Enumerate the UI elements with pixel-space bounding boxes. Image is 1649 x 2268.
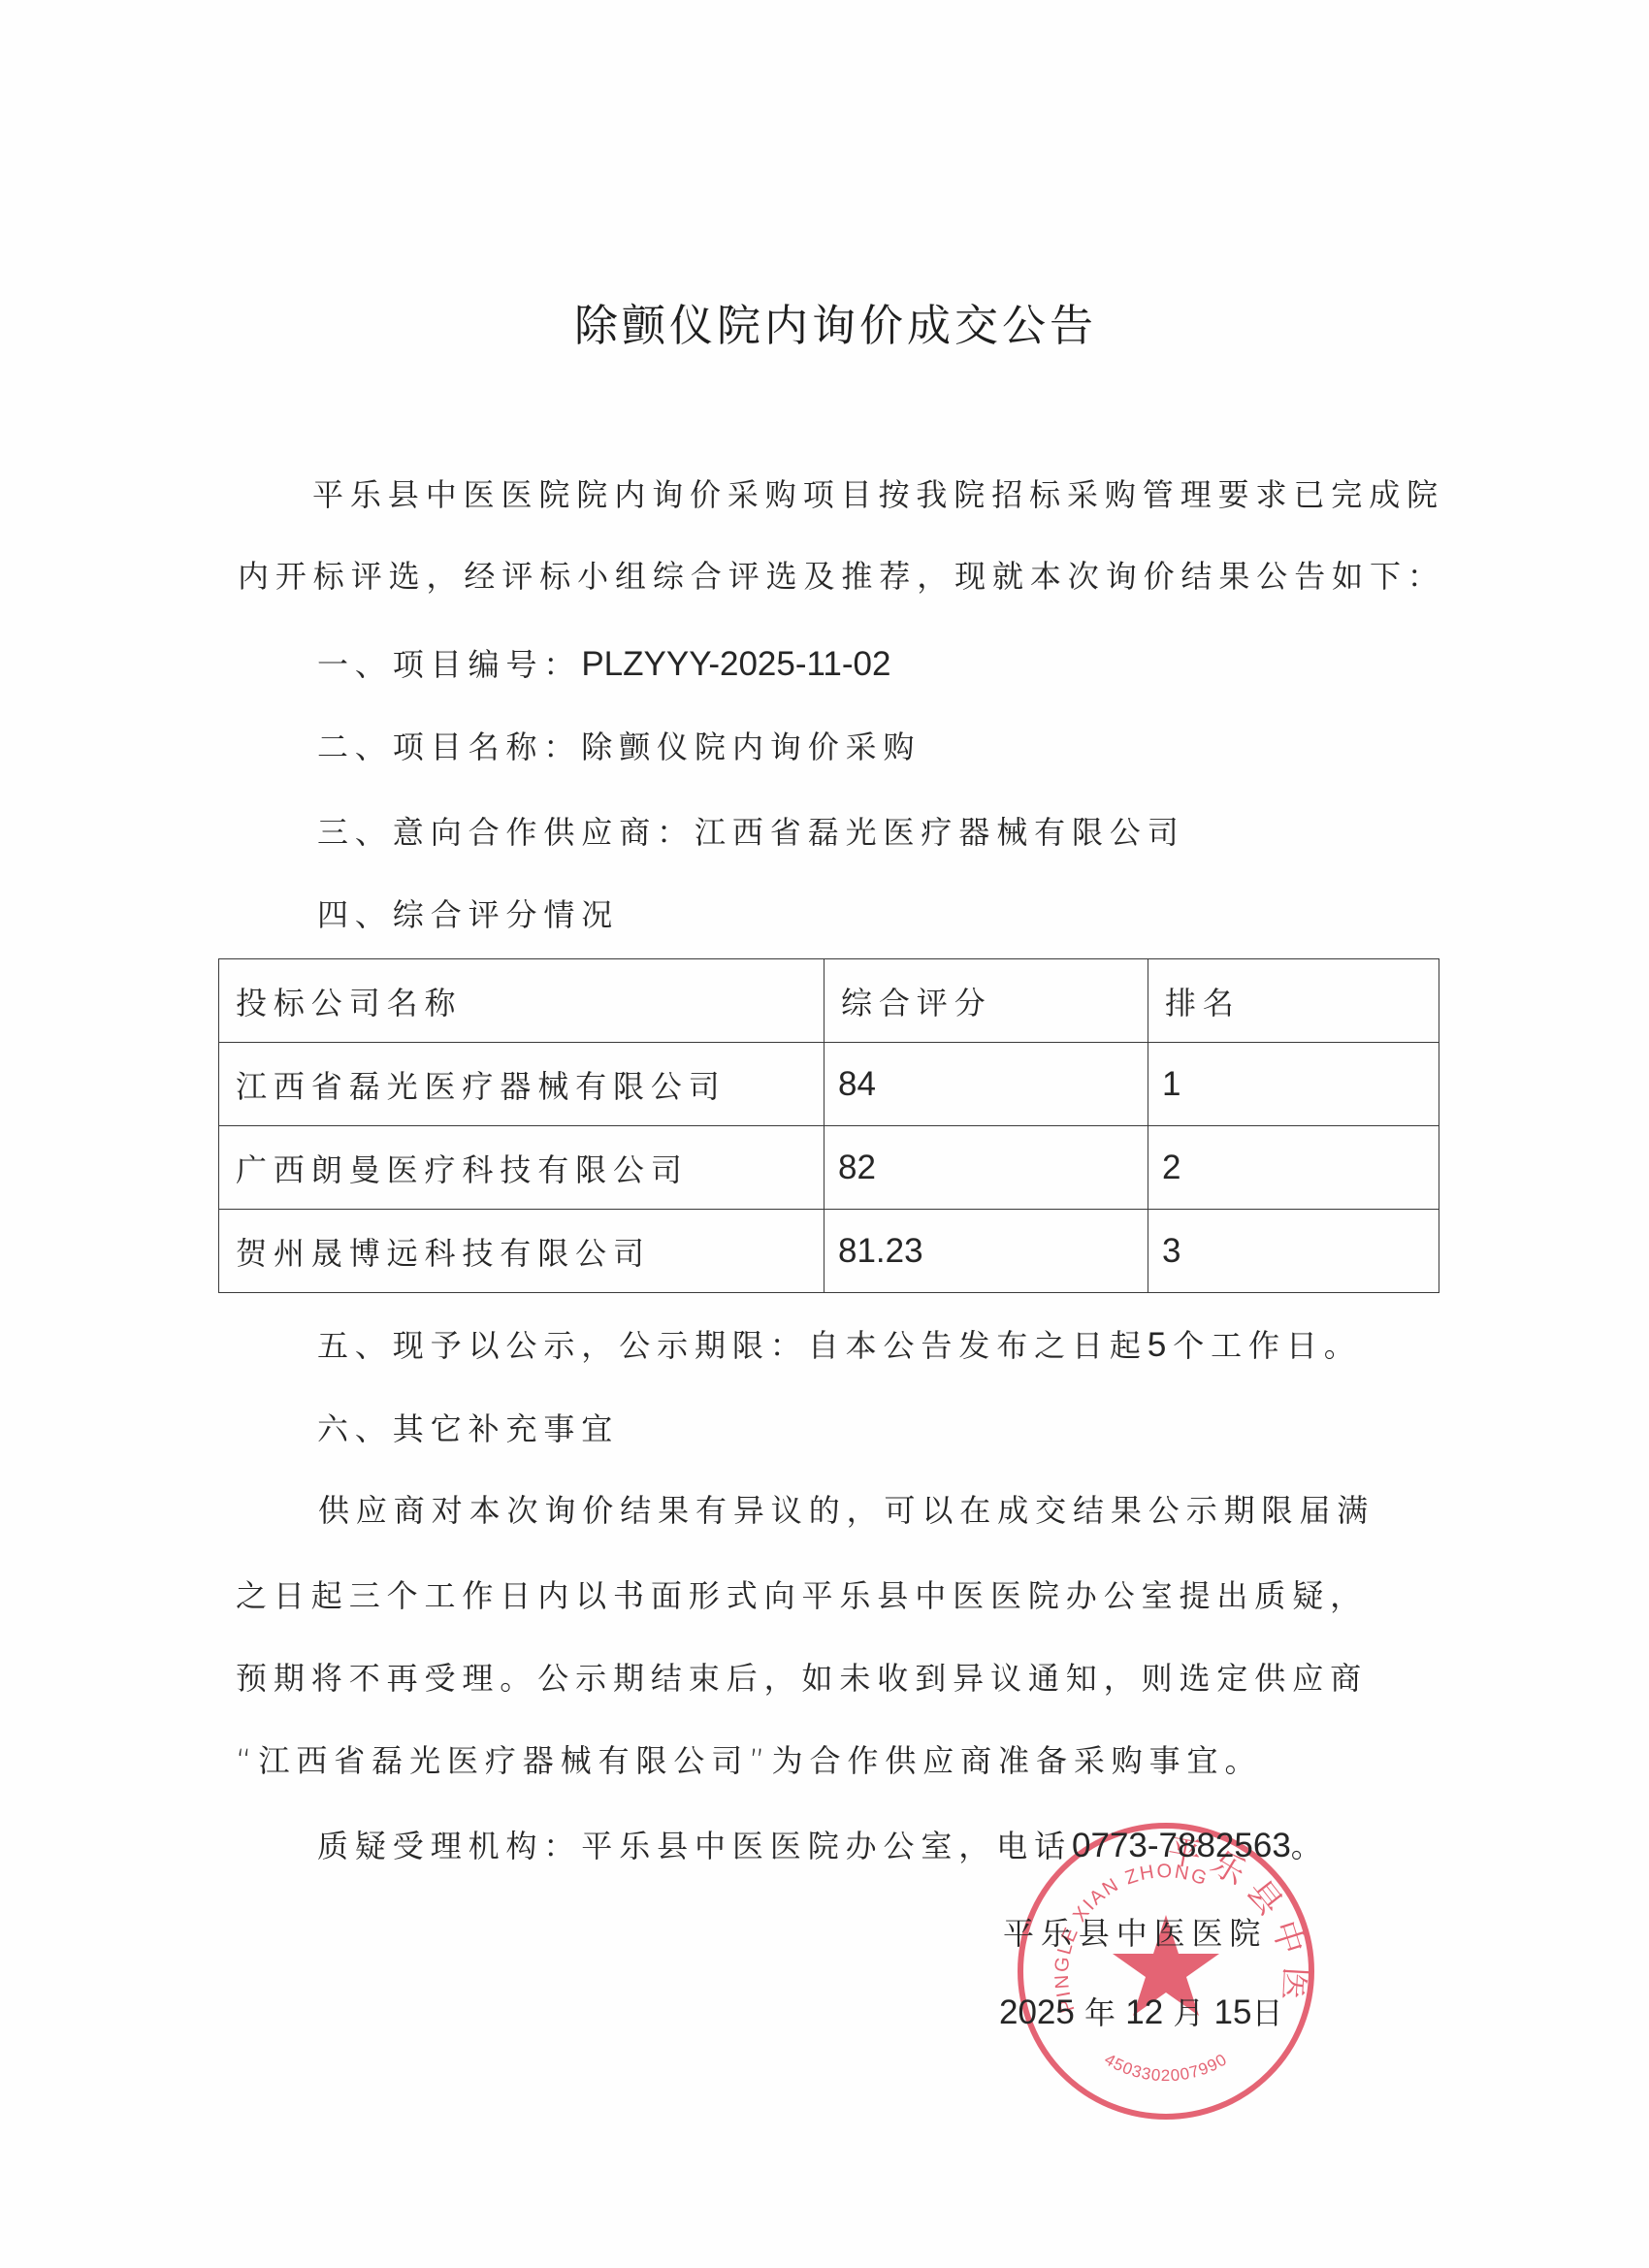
score-table: 投标公司名称 综合评分 排名 江西省磊光医疗器械有限公司 84 1 广西朗曼医疗… [218, 958, 1439, 1293]
date-month-unit: 月 [1173, 1994, 1204, 2031]
signature-org: 平乐县中医医院 [1003, 1912, 1267, 1955]
page-title: 除颤仪院内询价成交公告 [574, 299, 1097, 353]
table-row: 贺州晟博远科技有限公司 81.23 3 [219, 1210, 1439, 1293]
date-day-unit: 日 [1251, 1994, 1282, 2031]
signature-date: 2025 年 12 月 15日 [999, 1992, 1282, 2034]
seal-code: 4503302007990 [1101, 2050, 1230, 2085]
company-cell: 江西省磊光医疗器械有限公司 [219, 1043, 824, 1126]
intro-line-2: 内开标评选，经评标小组综合评选及推荐，现就本次询价结果公告如下： [238, 555, 1445, 598]
announcement-page: 除颤仪院内询价成交公告 平乐县中医医院院内询价采购项目按我院招标采购管理要求已完… [0, 0, 1649, 2268]
publicity-days: 5 [1148, 1326, 1173, 1364]
header-score: 综合评分 [824, 959, 1148, 1043]
item-project-name: 二、项目名称：除颤仪院内询价采购 [317, 726, 921, 768]
rank-cell: 3 [1148, 1210, 1439, 1293]
date-year: 2025 [999, 1993, 1075, 2031]
item-publicity-period: 五、现予以公示，公示期限：自本公告发布之日起5个工作日。 [317, 1324, 1362, 1367]
contact-end: 。 [1291, 1828, 1329, 1864]
rank-cell: 1 [1148, 1043, 1439, 1126]
objection-line-4: “江西省磊光医疗器械有限公司”为合作供应商准备采购事宜。 [236, 1739, 1262, 1782]
header-rank: 排名 [1148, 959, 1439, 1043]
date-day: 15 [1214, 1993, 1252, 2031]
rank-cell: 2 [1148, 1126, 1439, 1210]
contact-line: 质疑受理机构：平乐县中医医院办公室，电话0773-7882563。 [317, 1825, 1329, 1867]
table-row: 广西朗曼医疗科技有限公司 82 2 [219, 1126, 1439, 1210]
score-cell: 82 [824, 1126, 1148, 1210]
item-other-matters: 六、其它补充事宜 [317, 1408, 619, 1450]
project-number-value: PLZYYY-2025-11-02 [581, 645, 890, 683]
header-company: 投标公司名称 [219, 959, 824, 1043]
objection-line-1: 供应商对本次询价结果有异议的，可以在成交结果公示期限届满 [318, 1489, 1374, 1532]
item-supplier: 三、意向合作供应商：江西省磊光医疗器械有限公司 [317, 811, 1185, 854]
item-project-number-label: 一、项目编号： [317, 646, 581, 683]
publicity-suffix: 个工作日。 [1173, 1327, 1362, 1364]
objection-line-3: 预期将不再受理。公示期结束后，如未收到异议通知，则选定供应商 [236, 1657, 1368, 1700]
table-row: 江西省磊光医疗器械有限公司 84 1 [219, 1043, 1439, 1126]
table-header-row: 投标公司名称 综合评分 排名 [219, 959, 1439, 1043]
publicity-prefix: 五、现予以公示，公示期限：自本公告发布之日起 [317, 1327, 1148, 1364]
company-cell: 广西朗曼医疗科技有限公司 [219, 1126, 824, 1210]
objection-line-2: 之日起三个工作日内以书面形式向平乐县中医医院办公室提出质疑， [236, 1574, 1368, 1617]
item-project-number: 一、项目编号：PLZYYY-2025-11-02 [317, 643, 890, 686]
item-score-heading: 四、综合评分情况 [317, 893, 619, 936]
date-year-unit: 年 [1084, 1994, 1115, 2031]
contact-phone: 0773-7882563 [1072, 1827, 1291, 1864]
contact-label: 质疑受理机构：平乐县中医医院办公室，电话 [317, 1828, 1072, 1864]
score-cell: 84 [824, 1043, 1148, 1126]
score-cell: 81.23 [824, 1210, 1148, 1293]
company-cell: 贺州晟博远科技有限公司 [219, 1210, 824, 1293]
intro-line-1: 平乐县中医医院院内询价采购项目按我院招标采购管理要求已完成院 [312, 473, 1444, 516]
date-month: 12 [1125, 1993, 1163, 2031]
